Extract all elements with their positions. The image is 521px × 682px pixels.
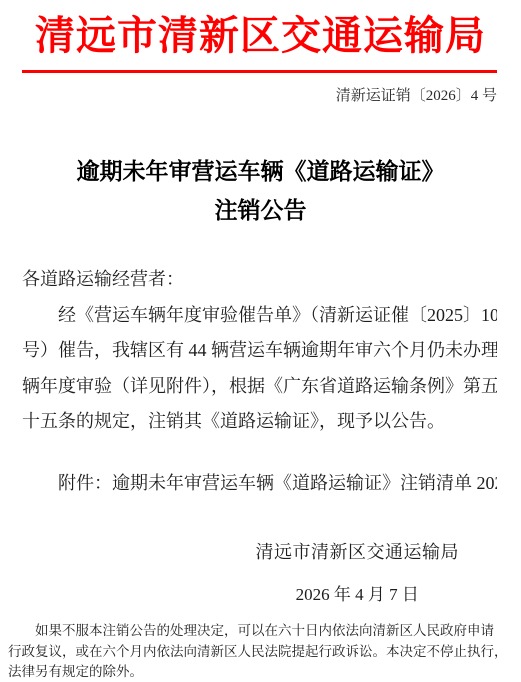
body-line: 经《营运车辆年度审验催告单》（清新运证催〔2025〕10 xyxy=(22,298,497,334)
red-divider-line xyxy=(22,70,497,73)
attachment-line: 附件：逾期未年审营运车辆《道路运输证》注销清单 202604 xyxy=(22,470,497,496)
body-line: 十五条的规定，注销其《道路运输证》，现予以公告。 xyxy=(22,404,497,440)
footer-line: 法律另有规定的除外。 xyxy=(8,662,515,682)
agency-header: 清远市清新区交通运输局 xyxy=(0,10,521,62)
body-line: 辆年度审验（详见附件），根据《广东省道路运输条例》第五 xyxy=(22,369,497,405)
signature-agency: 清远市清新区交通运输局 xyxy=(256,540,460,564)
footer-line: 如果不服本注销公告的处理决定，可以在六十日内依法向清新区人民政府申请 xyxy=(8,621,515,642)
notice-title: 逾期未年审营运车辆《道路运输证》 注销公告 xyxy=(0,152,521,230)
document-page: 清远市清新区交通运输局 清新运证销〔2026〕4 号 逾期未年审营运车辆《道路运… xyxy=(0,0,521,682)
body-paragraph: 各道路运输经营者： 经《营运车辆年度审验催告单》（清新运证催〔2025〕10 号… xyxy=(22,262,497,440)
signature-block: 清远市清新区交通运输局 2026 年 4 月 7 日 xyxy=(0,540,521,606)
document-number: 清新运证销〔2026〕4 号 xyxy=(0,86,521,106)
signature-date: 2026 年 4 月 7 日 xyxy=(256,584,460,606)
body-line: 号）催告，我辖区有 44 辆营运车辆逾期年审六个月仍未办理车 xyxy=(22,333,497,369)
footer-line: 行政复议，或在六个月内依法向清新区人民法院提起行政诉讼。本决定不停止执行， xyxy=(8,642,515,663)
salutation: 各道路运输经营者： xyxy=(22,262,497,298)
signature-inner: 清远市清新区交通运输局 2026 年 4 月 7 日 xyxy=(256,540,460,606)
footer-note: 如果不服本注销公告的处理决定，可以在六十日内依法向清新区人民政府申请 行政复议，… xyxy=(8,621,515,682)
notice-title-line2: 注销公告 xyxy=(0,191,521,230)
notice-title-line1: 逾期未年审营运车辆《道路运输证》 xyxy=(0,152,521,191)
